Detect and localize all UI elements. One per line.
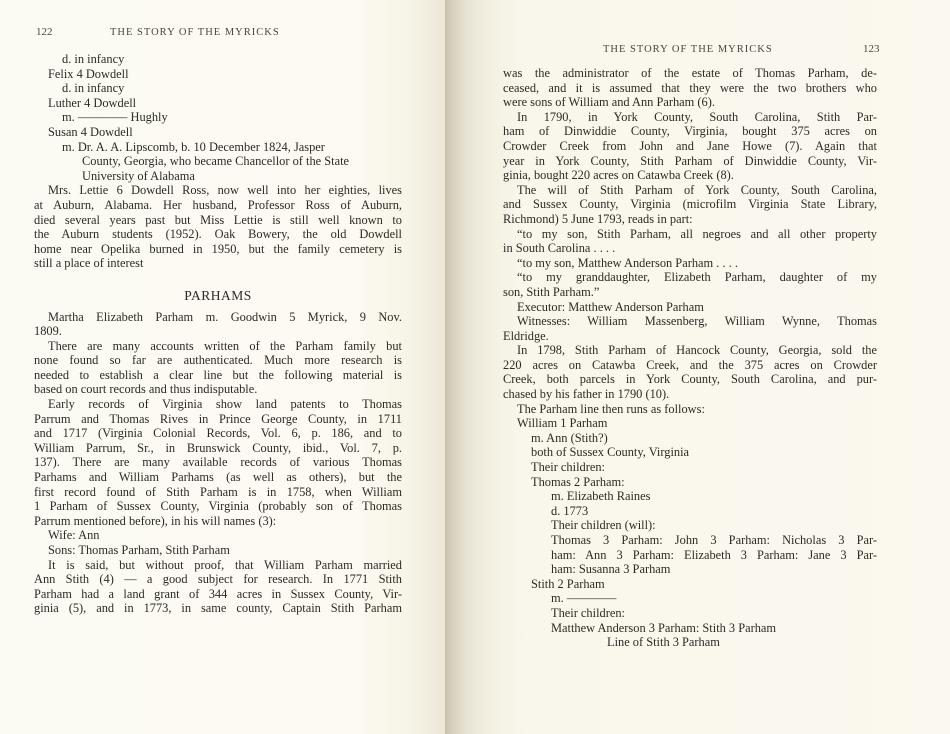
text-line: Ann Stith (4) — a good subject for resea… [34,572,402,587]
left-page-body: d. in infancy Felix 4 Dowdell d. in infa… [34,52,402,616]
thomas-children: Thomas 3 Parham: John 3 Parham: Nicholas… [503,533,877,577]
text-line: “to my son, Matthew Anderson Parham . . … [503,256,877,271]
text-line: Parhams and William Parhams (as well as … [34,470,402,485]
text-line: ginia, bought 220 acres on Catawba Creek… [503,168,877,183]
text-line: in South Carolina . . . . [503,241,877,256]
text-line: ham of Dinwiddie County, Virginia, bough… [503,124,877,139]
subheading-line-of-stith: Line of Stith 3 Parham [503,635,877,650]
text-line: and 1717 (Virginia Colonial Records, Vol… [34,426,402,441]
genealogy-list: William 1 Parham m. Ann (Stith?) both of… [503,416,877,635]
page-number-left: 122 [36,26,53,38]
text-line: In 1798, Stith Parham of Hancock County,… [503,343,877,358]
text-line: ceased, and it is assumed that they were… [503,81,877,96]
genealogy-entry: William 1 Parham [503,416,877,431]
paragraph-early-records: Early records of Virginia show land pate… [34,397,402,528]
genealogy-entry: d. 1773 [503,504,877,519]
text-line: at Auburn, Alabama. Her husband, Profess… [34,198,402,213]
text-line: Felix 4 Dowdell [34,67,402,82]
genealogy-entry: m. Ann (Stith?) [503,431,877,446]
text-line: the Auburn students (1952). Oak Bowery, … [34,227,402,242]
genealogy-entry: Stith 2 Parham [503,577,877,592]
genealogy-entry: Matthew Anderson 3 Parham: Stith 3 Parha… [503,621,877,636]
witnesses-line: Witnesses: William Massenberg, William W… [503,314,877,329]
will-sons: Sons: Thomas Parham, Stith Parham [34,543,402,558]
text-line: Parrum and Thomas Rives in Prince George… [34,412,402,427]
text-line: 1 Parham of Sussex County, Virginia (pro… [34,499,402,514]
text-line: Creek, both parcels in York County, Sout… [503,372,877,387]
text-line: 137). There are many available records o… [34,455,402,470]
text-line: Richmond) 5 June 1793, reads in part: [503,212,877,227]
text-line: chased by his father in 1790 (10). [503,387,877,402]
section-heading-parhams: PARHAMS [34,289,402,304]
text-line: ginia (5), and in 1773, in same county, … [34,601,402,616]
genealogy-entry: m. ———— [503,591,877,606]
paragraph-said: It is said, but without proof, that Will… [34,558,402,616]
will-quotes: “to my son, Stith Parham, all negroes an… [503,227,877,300]
genealogy-entry: m. Elizabeth Raines [503,489,877,504]
text-line: Early records of Virginia show land pate… [34,397,402,412]
text-line: 220 acres on Catawba Creek, and the 375 … [503,358,877,373]
line-intro: The Parham line then runs as follows: [503,402,877,417]
paragraph-1798: In 1798, Stith Parham of Hancock County,… [503,343,877,401]
text-line: based on court records and thus indisput… [34,382,402,397]
text-line: first record found of Stith Parham is in… [34,485,402,500]
witnesses-line: Eldridge. [503,329,877,344]
text-line: year in York County, Stith Parham of Din… [503,154,877,169]
running-head-left: THE STORY OF THE MYRICKS [110,27,280,38]
text-line: Martha Elizabeth Parham m. Goodwin 5 Myr… [34,310,402,325]
text-line: ham: Susanna 3 Parham [551,562,877,577]
genealogy-entry: Thomas 2 Parham: [503,475,877,490]
text-line: ham: Ann 3 Parham: Elizabeth 3 Parham: J… [551,548,877,563]
text-line: none found so far are authenticated. Muc… [34,353,402,368]
text-line: University of Alabama [34,169,402,184]
text-line: Parham had a land grant of 344 acres in … [34,587,402,602]
executor-line: Executor: Matthew Anderson Parham [503,300,877,315]
text-line: Mrs. Lettie 6 Dowdell Ross, now well int… [34,183,402,198]
paragraph-accounts: There are many accounts written of the P… [34,339,402,397]
text-line: were sons of William and Ann Parham (6). [503,95,877,110]
text-line: William Parrum, Sr., in Brunswick County… [34,441,402,456]
paragraph-martha: Martha Elizabeth Parham m. Goodwin 5 Myr… [34,310,402,339]
right-page-body: was the administrator of the estate of T… [503,66,877,650]
page-number-right: 123 [863,43,880,55]
text-line: “to my granddaughter, Elizabeth Parham, … [503,270,877,285]
text-line: still a place of interest [34,256,402,271]
text-line: d. in infancy [34,81,402,96]
text-line: Luther 4 Dowdell [34,96,402,111]
text-line: In 1790, in York County, South Carolina,… [503,110,877,125]
text-line: m. Dr. A. A. Lipscomb, b. 10 December 18… [34,140,402,155]
text-line: It is said, but without proof, that Will… [34,558,402,573]
text-line: The will of Stith Parham of York County,… [503,183,877,198]
paragraph-1790: In 1790, in York County, South Carolina,… [503,110,877,183]
text-line: 1809. [34,324,402,339]
left-page: 122 THE STORY OF THE MYRICKS d. in infan… [0,0,445,734]
text-line: died several years past but Miss Lettie … [34,213,402,228]
text-line: Susan 4 Dowdell [34,125,402,140]
text-line: son, Stith Parham.” [503,285,877,300]
text-line: County, Georgia, who became Chancellor o… [34,154,402,169]
text-line: and Sussex County, Virginia (microfilm V… [503,197,877,212]
text-line: “to my son, Stith Parham, all negroes an… [503,227,877,242]
genealogy-entry: Their children (will): [503,518,877,533]
text-line: Thomas 3 Parham: John 3 Parham: Nicholas… [551,533,877,548]
right-page: THE STORY OF THE MYRICKS 123 was the adm… [445,0,950,734]
text-line: There are many accounts written of the P… [34,339,402,354]
text-line: Parrum mentioned before), in his will na… [34,514,402,529]
text-line: home near Opelika burned in 1950, but th… [34,242,402,257]
genealogy-entry: both of Sussex County, Virginia [503,445,877,460]
paragraph-ross: Mrs. Lettie 6 Dowdell Ross, now well int… [34,183,402,271]
text-line: m. ———— Hughly [34,110,402,125]
genealogy-entry: Their children: [503,606,877,621]
book-spread: 122 THE STORY OF THE MYRICKS d. in infan… [0,0,950,734]
running-head-right: THE STORY OF THE MYRICKS [603,44,773,55]
paragraph-will: The will of Stith Parham of York County,… [503,183,877,227]
text-line: was the administrator of the estate of T… [503,66,877,81]
genealogy-entry: Their children: [503,460,877,475]
will-wife: Wife: Ann [34,528,402,543]
text-line: Crowder Creek from John and Jane Howe (7… [503,139,877,154]
text-line: d. in infancy [34,52,402,67]
paragraph-administrator: was the administrator of the estate of T… [503,66,877,110]
text-line: needed to establish a clear line but the… [34,368,402,383]
